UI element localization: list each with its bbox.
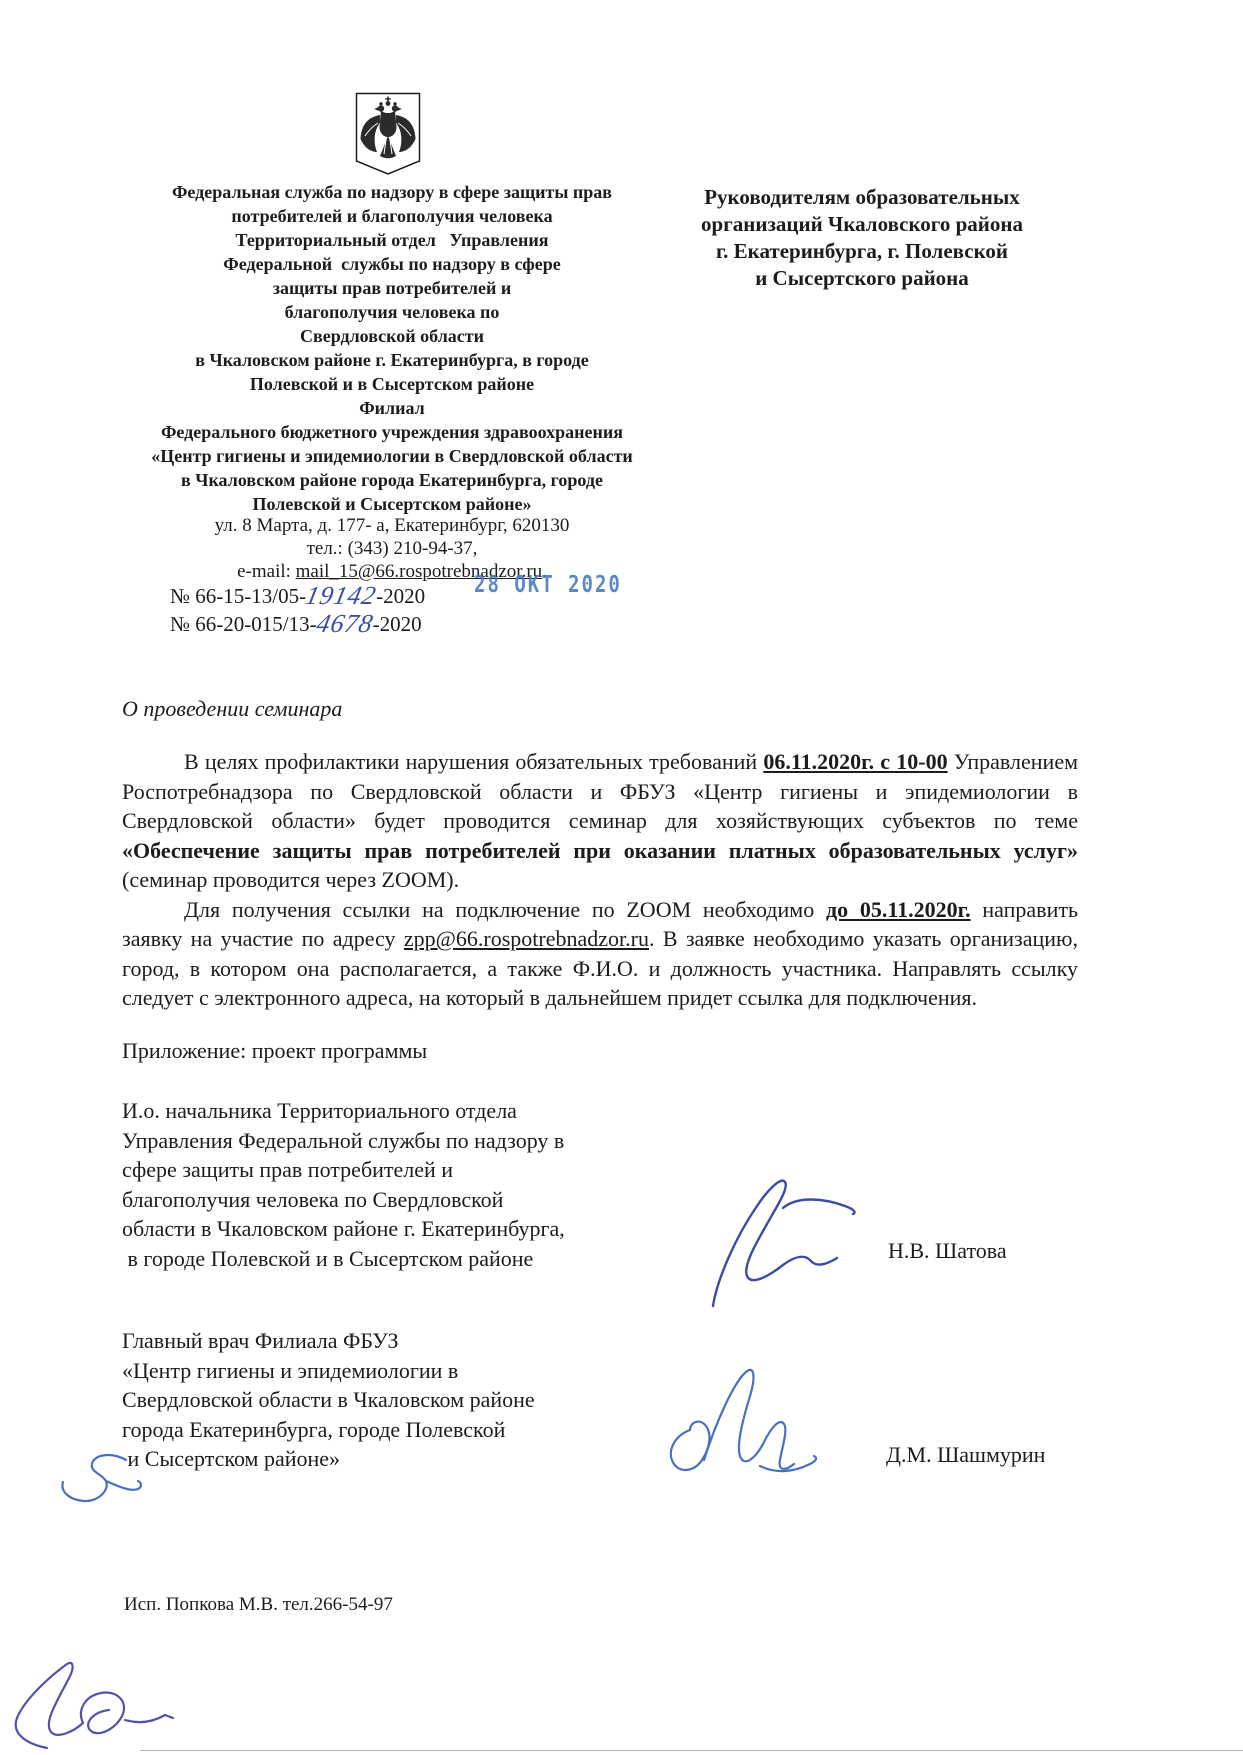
signoff-line: «Центр гигиены и эпидемиологии в	[122, 1356, 687, 1386]
signer-name-shatova: Н.В. Шатова	[888, 1238, 1007, 1264]
signoff-line: благополучия человека по Свердловской	[122, 1185, 687, 1215]
email-label: e-mail:	[237, 561, 296, 582]
org-line: Федеральная служба по надзору в сфере за…	[118, 180, 666, 204]
deadline-date-highlight: до 05.11.2020г.	[826, 897, 971, 922]
signoff-line: И.о. начальника Территориального отдела	[122, 1096, 687, 1126]
org-line: в Чкаловском районе города Екатеринбурга…	[118, 468, 666, 492]
addressee-line: и Сысертского района	[678, 265, 1046, 292]
addressee-line: организаций Чкаловского района	[678, 211, 1046, 238]
signoff-line: и Сысертском районе»	[122, 1444, 687, 1474]
address-line: ул. 8 Марта, д. 177- а, Екатеринбург, 62…	[118, 514, 666, 537]
subject-line: О проведении семинара	[122, 696, 342, 722]
signoff-line: Свердловской области в Чкаловском районе	[122, 1385, 687, 1415]
ref2-suffix: -2020	[373, 612, 422, 636]
signoff-line: сфере защиты прав потребителей и	[122, 1155, 687, 1185]
seminar-date-highlight: 06.11.2020г. с 10-00	[763, 749, 947, 774]
org-line: Территориальный отдел Управления	[118, 228, 666, 252]
org-line: защиты прав потребителей и	[118, 276, 666, 300]
org-line: Свердловской области	[118, 324, 666, 348]
signoff-line: Главный врач Филиала ФБУЗ	[122, 1326, 687, 1356]
ref1-handwritten-number: 19142	[303, 583, 379, 609]
russia-coat-of-arms-icon	[355, 92, 421, 176]
body-text: В целях профилактики нарушения обязатель…	[184, 749, 763, 774]
body-text: (семинар проводится через ZOOM).	[122, 867, 459, 892]
org-line: «Центр гигиены и эпидемиологии в Свердло…	[118, 444, 666, 468]
addressee-block: Руководителям образовательных организаци…	[678, 184, 1046, 292]
org-line: Филиал	[118, 396, 666, 420]
org-line: Федеральной службы по надзору в сфере	[118, 252, 666, 276]
ref1-prefix: № 66-15-13/05-	[170, 584, 306, 608]
ref2-handwritten-number: 4678	[314, 611, 376, 637]
scanned-letter-page: Федеральная служба по надзору в сфере за…	[0, 0, 1243, 1755]
bottom-scribbles-icon	[5, 1660, 180, 1755]
application-email-link[interactable]: zpp@66.rospotrebnadzor.ru	[404, 926, 649, 951]
scan-edge-line	[140, 1750, 1243, 1751]
org-line: благополучия человека по	[118, 300, 666, 324]
phone-line: тел.: (343) 210-94-37,	[118, 537, 666, 560]
body-text: Для получения ссылки на подключение по Z…	[184, 897, 826, 922]
ref2-prefix: № 66-20-015/13-	[170, 612, 317, 636]
letterhead-org-block: Федеральная служба по надзору в сфере за…	[118, 180, 666, 516]
signer-name-shashmurin: Д.М. Шашмурин	[886, 1442, 1045, 1468]
signoff-block-2: Главный врач Филиала ФБУЗ «Центр гигиены…	[122, 1326, 687, 1474]
reference-number-line: № 66-20-015/13-4678-2020	[170, 610, 425, 638]
org-line: потребителей и благополучия человека	[118, 204, 666, 228]
signoff-line: области в Чкаловском районе г. Екатеринб…	[122, 1214, 687, 1244]
executor-note: Исп. Попкова М.В. тел.266-54-97	[124, 1594, 393, 1616]
ref1-suffix: -2020	[376, 584, 425, 608]
seminar-topic-highlight: «Обеспечение защиты прав потребителей пр…	[122, 838, 1078, 863]
reference-numbers-block: № 66-15-13/05-19142-2020 № 66-20-015/13-…	[170, 582, 425, 638]
signature-shashmurin-icon	[660, 1360, 825, 1500]
signoff-line: в городе Полевской и в Сысертском районе	[122, 1244, 687, 1274]
signature-shatova-icon	[695, 1168, 870, 1313]
org-line: Федерального бюджетного учреждения здрав…	[118, 420, 666, 444]
org-line: Полевской и в Сысертском районе	[118, 372, 666, 396]
reference-number-line: № 66-15-13/05-19142-2020	[170, 582, 425, 610]
org-line: в Чкаловском районе г. Екатеринбурга, в …	[118, 348, 666, 372]
margin-scribble-icon	[48, 1448, 148, 1516]
org-line: Полевской и Сысертском районе»	[118, 492, 666, 516]
signoff-line: Управления Федеральной службы по надзору…	[122, 1126, 687, 1156]
letter-body: В целях профилактики нарушения обязатель…	[122, 747, 1078, 1013]
body-paragraph: В целях профилактики нарушения обязатель…	[122, 747, 1078, 895]
date-stamp: 28 ОКТ 2020	[474, 572, 622, 598]
attachment-note: Приложение: проект программы	[122, 1038, 427, 1064]
addressee-line: Руководителям образовательных	[678, 184, 1046, 211]
signoff-block-1: И.о. начальника Территориального отдела …	[122, 1096, 687, 1274]
body-paragraph: Для получения ссылки на подключение по Z…	[122, 895, 1078, 1013]
signoff-line: города Екатеринбурга, городе Полевской	[122, 1415, 687, 1445]
addressee-line: г. Екатеринбурга, г. Полевской	[678, 238, 1046, 265]
